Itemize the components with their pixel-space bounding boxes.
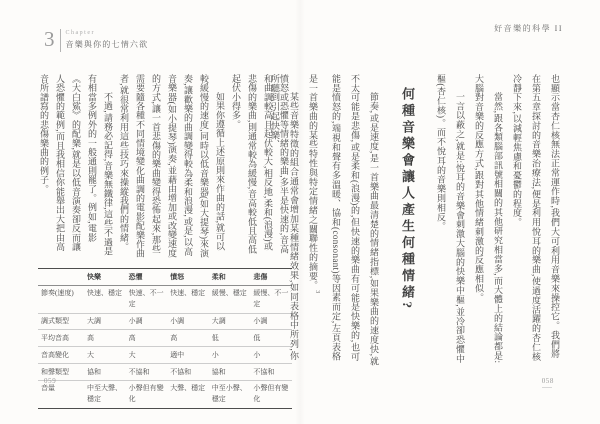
book-spread: 3 Chapter 音樂與你的七情六欲 憤怒或恐懼等情緒的樂曲,多半是快速的,音… xyxy=(0,0,600,424)
page-number-left-value: 059 xyxy=(44,377,56,385)
table-row-label: 節奏(速度) xyxy=(38,285,84,313)
table-header-cell: 快樂 xyxy=(84,269,126,286)
running-head: 好音樂的科學 II xyxy=(494,23,563,34)
chapter-divider xyxy=(60,29,61,52)
table-header-cell: 恐懼 xyxy=(126,269,168,286)
table-cell: 高 xyxy=(126,330,168,347)
table-cell: 低 xyxy=(209,330,251,347)
paragraph: 也顯示當杏仁核無法正常運作時,我們大可利用音樂來操控它。我們將在第五章探討的音樂… xyxy=(507,74,564,368)
table-row-label: 調式類型 xyxy=(38,313,84,330)
table-cell: 大調 xyxy=(84,313,126,330)
table-cell: 小聲但有變化 xyxy=(250,380,292,408)
paragraph-text: 節奏,或是速度,是一首樂曲最清楚的情緒指標,如果樂曲的速度快,就不太可能是悲傷,… xyxy=(308,74,379,366)
table-cell: 快速、穩定 xyxy=(167,285,209,313)
chapter-title: 音樂與你的七情六欲 xyxy=(66,36,149,50)
paragraph: 當然,跟各類腦部訊號相關的其他研究相當多,而大體上的結論都是:大腦對音樂的反應方… xyxy=(469,74,507,368)
paragraph: 一言以蔽之,就是:悅耳的音樂會刺激大腦的快樂中樞,並冷卻恐懼中樞(杏仁核)。而不… xyxy=(431,74,469,368)
right-page-body: 也顯示當杏仁核無法正常運作時,我們大可利用音樂來操控它。我們將在第五章探討的音樂… xyxy=(302,74,564,368)
table-cell: 快速、穩定 xyxy=(84,285,126,313)
table-row: 和聲類型 協和 不協和 不協和 協和 不協和 xyxy=(38,364,292,381)
table-header-cell: 柔和 xyxy=(209,269,251,286)
section-heading: 何種音樂會讓人產生何種情緒? xyxy=(392,74,422,368)
table-row-label: 平均音高 xyxy=(38,330,84,347)
table-cell: 中至小聲、穩定 xyxy=(209,380,251,408)
table-cell: 小聲但有變化 xyxy=(126,380,168,408)
paragraph: 節奏,或是速度,是一首樂曲最清楚的情緒指標,如果樂曲的速度快,就不太可能是悲傷,… xyxy=(303,74,383,368)
table-cell: 高 xyxy=(167,330,209,347)
paragraph: 如果你遵循上述原則來作曲的話,就可以較緩慢的速度,同時以低音樂器(如大提琴)來演… xyxy=(116,74,228,260)
table-cell: 大聲、穩定 xyxy=(167,380,209,408)
table-cell: 中至大聲、穩定 xyxy=(84,380,126,408)
table-row: 節奏(速度) 快速、穩定 快速、不一定 快速、穩定 緩慢、穩定 緩慢、不一定 xyxy=(38,285,292,313)
table-header-cell xyxy=(38,269,84,286)
emotion-feature-table: 快樂 恐懼 憤怒 柔和 悲傷 節奏(速度) 快速、穩定 快速、不一定 快速、穩定… xyxy=(38,268,292,409)
table-cell: 大 xyxy=(126,347,168,364)
table-header-row: 快樂 恐懼 憤怒 柔和 悲傷 xyxy=(38,269,292,286)
table-cell: 小 xyxy=(209,347,251,364)
table-row: 音高變化 大 大 適中 小 小 xyxy=(38,347,292,364)
table-cell: 高 xyxy=(84,330,126,347)
footnote-marker: 3 xyxy=(314,290,320,293)
table-header-cell: 憤怒 xyxy=(167,269,209,286)
chapter-meta: Chapter 音樂與你的七情六欲 xyxy=(66,29,149,50)
page-number-right: 058 xyxy=(542,377,554,388)
page-number-rule xyxy=(542,387,552,388)
page-number-rule xyxy=(44,387,54,388)
table-cell: 緩慢、穩定 xyxy=(209,285,251,313)
table-cell: 小調 xyxy=(167,313,209,330)
page-number-right-value: 058 xyxy=(542,377,554,385)
paragraph: 某些音樂特徵的組合通常會增加某種情緒效果,如同表格中所列,你所聽到引起快樂、 xyxy=(265,74,303,368)
page-number-left: 059 xyxy=(44,377,56,388)
chapter-number: 3 xyxy=(44,29,60,49)
table-cell: 協和 xyxy=(84,364,126,381)
table-cell: 適中 xyxy=(167,347,209,364)
paragraph: 不過,請務必記得,音樂無鐵律,這些不過是有相當多例外的一般通則罷了。例如,電影《… xyxy=(36,74,116,260)
table-row: 音量 中至大聲、穩定 小聲但有變化 大聲、穩定 中至小聲、穩定 小聲但有變化 xyxy=(38,380,292,408)
chapter-label: Chapter xyxy=(66,29,149,36)
left-page-body: 憤怒或恐懼等情緒的樂曲,多半是快速的,音高和曲調較高且起伏較大,相反地,柔和(浪… xyxy=(38,74,292,260)
table-cell: 不協和 xyxy=(167,364,209,381)
table-cell: 小調 xyxy=(126,313,168,330)
table-row: 調式類型 大調 小調 小調 大調 小調 xyxy=(38,313,292,330)
table-row-label: 音高變化 xyxy=(38,347,84,364)
table-cell: 大調 xyxy=(209,313,251,330)
table-cell: 快速、不一定 xyxy=(126,285,168,313)
table-cell: 大 xyxy=(84,347,126,364)
table-cell: 不協和 xyxy=(126,364,168,381)
table-row: 平均音高 高 高 高 低 低 xyxy=(38,330,292,347)
chapter-header: 3 Chapter 音樂與你的七情六欲 xyxy=(44,29,148,52)
table-cell: 協和 xyxy=(209,364,251,381)
